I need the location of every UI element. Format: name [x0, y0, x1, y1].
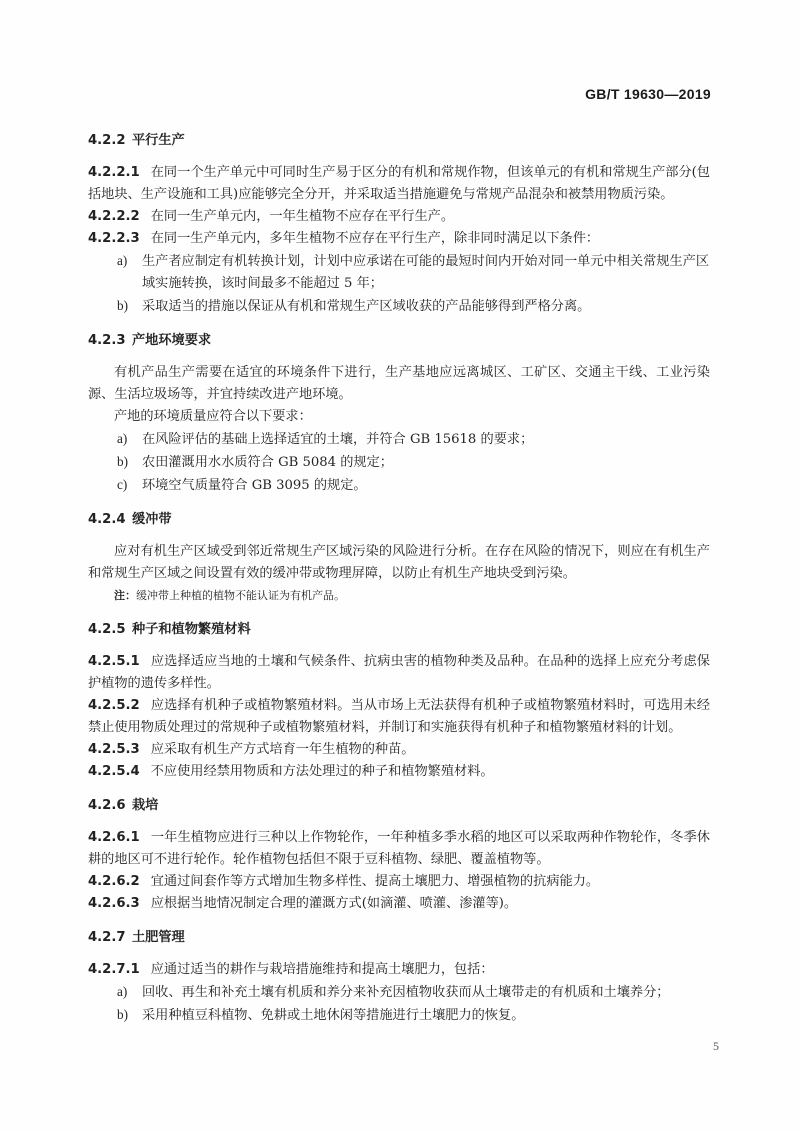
heading-4-2-6: 4.2.6栽培: [88, 795, 710, 817]
clause-4-2-6-2: 4.2.6.2宜通过间套作等方式增加生物多样性、提高土壤肥力、增强植物的抗病能力…: [88, 871, 710, 893]
clause-4-2-7-1: 4.2.7.1应通过适当的耕作与栽培措施维持和提高土壤肥力，包括：: [88, 959, 710, 981]
paragraph: 应对有机生产区域受到邻近常规生产区域污染的风险进行分析。在存在风险的情况下，则应…: [88, 541, 710, 585]
list-item: b)采取适当的措施以保证从有机和常规生产区域收获的产品能够得到严格分离。: [88, 295, 710, 318]
list-item: b)采用种植豆科植物、免耕或土地休闲等措施进行土壤肥力的恢复。: [88, 1004, 710, 1027]
clause-4-2-6-3: 4.2.6.3应根据当地情况制定合理的灌溉方式(如滴灌、喷灌、渗灌等)。: [88, 893, 710, 915]
list-item: a)生产者应制定有机转换计划，计划中应承诺在可能的最短时间内开始对同一单元中相关…: [88, 250, 710, 295]
page-number: 5: [713, 1039, 719, 1054]
heading-4-2-2: 4.2.2平行生产: [88, 130, 710, 152]
clause-4-2-2-1: 4.2.2.1在同一个生产单元中可同时生产易于区分的有机和常规作物，但该单元的有…: [88, 162, 710, 206]
heading-4-2-3: 4.2.3产地环境要求: [88, 330, 710, 352]
heading-4-2-7: 4.2.7土肥管理: [88, 927, 710, 949]
document-page: GB/T 19630—2019 4.2.2平行生产 4.2.2.1在同一个生产单…: [0, 0, 800, 1132]
paragraph: 产地的环境质量应符合以下要求：: [88, 406, 710, 428]
standard-code: GB/T 19630—2019: [585, 86, 711, 102]
document-body: 4.2.2平行生产 4.2.2.1在同一个生产单元中可同时生产易于区分的有机和常…: [88, 130, 710, 1027]
paragraph: 有机产品生产需要在适宜的环境条件下进行，生产基地应远离城区、工矿区、交通主干线、…: [88, 362, 710, 406]
list-item: a)回收、再生和补充土壤有机质和养分来补充因植物收获而从土壤带走的有机质和土壤养…: [88, 981, 710, 1004]
heading-4-2-4: 4.2.4缓冲带: [88, 509, 710, 531]
note: 注：缓冲带上种植的植物不能认证为有机产品。: [88, 585, 710, 607]
clause-4-2-5-2: 4.2.5.2应选择有机种子或植物繁殖材料。当从市场上无法获得有机种子或植物繁殖…: [88, 695, 710, 739]
clause-4-2-6-1: 4.2.6.1一年生植物应进行三种以上作物轮作，一年种植多季水稻的地区可以采取两…: [88, 827, 710, 871]
list-item: b)农田灌溉用水水质符合 GB 5084 的规定；: [88, 451, 710, 474]
clause-4-2-5-4: 4.2.5.4不应使用经禁用物质和方法处理过的种子和植物繁殖材料。: [88, 761, 710, 783]
list-item: c)环境空气质量符合 GB 3095 的规定。: [88, 474, 710, 497]
clause-4-2-5-3: 4.2.5.3应采取有机生产方式培育一年生植物的种苗。: [88, 739, 710, 761]
clause-4-2-2-3: 4.2.2.3在同一生产单元内，多年生植物不应存在平行生产，除非同时满足以下条件…: [88, 228, 710, 250]
clause-4-2-2-2: 4.2.2.2在同一生产单元内，一年生植物不应存在平行生产。: [88, 206, 710, 228]
list-item: a)在风险评估的基础上选择适宜的土壤，并符合 GB 15618 的要求；: [88, 428, 710, 451]
heading-4-2-5: 4.2.5种子和植物繁殖材料: [88, 619, 710, 641]
clause-4-2-5-1: 4.2.5.1应选择适应当地的土壤和气候条件、抗病虫害的植物种类及品种。在品种的…: [88, 651, 710, 695]
